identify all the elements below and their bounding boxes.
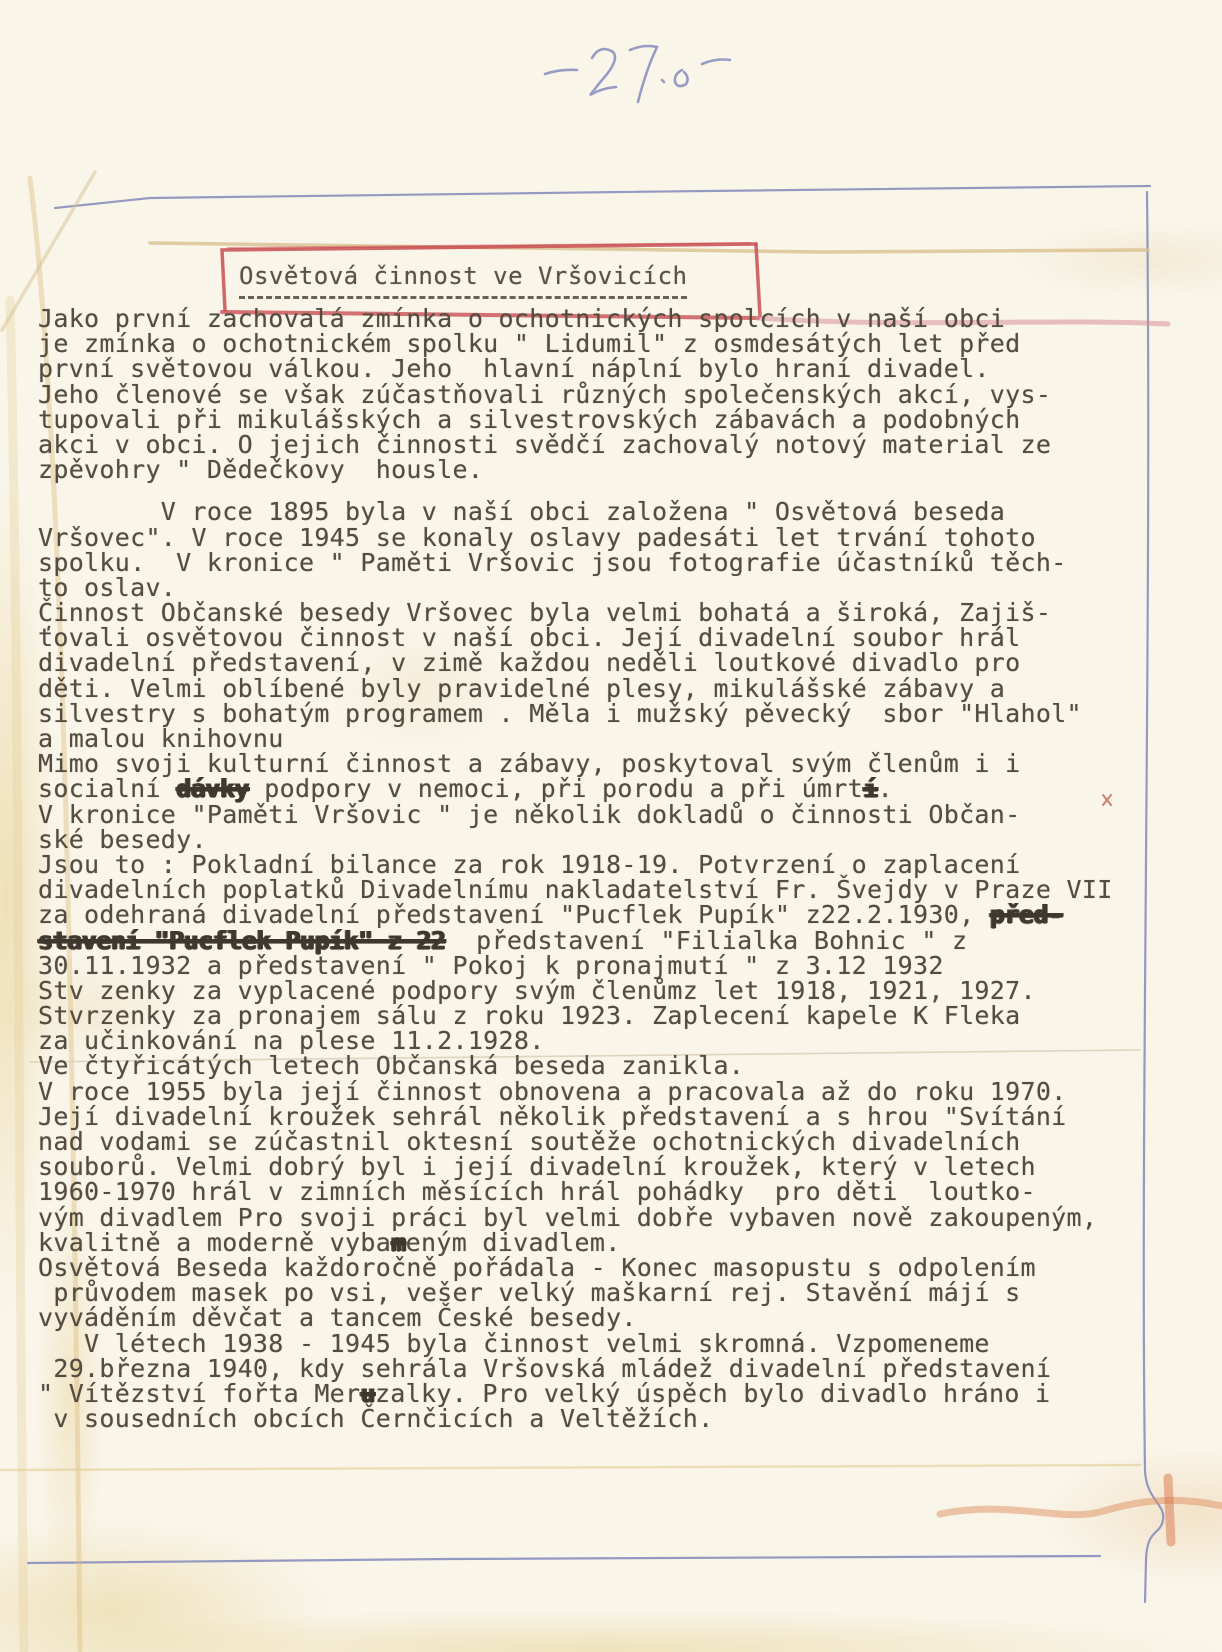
text-line: akci v obci. O jejich činnosti svědčí za…: [38, 432, 1158, 457]
text-line: V roce 1955 byla její činnost obnovena a…: [38, 1079, 1158, 1104]
text-line: divadelních poplatků Divadelnímu naklada…: [38, 877, 1158, 902]
text-line: Stv zenky za vyplacené podpory svým člen…: [38, 978, 1158, 1003]
text-line: 29.března 1940, kdy sehrála Vršovská mlá…: [38, 1356, 1158, 1381]
text-line: vyváděním děvčat a tancem České besedy.: [38, 1305, 1158, 1330]
text-line: silvestry s bohatým programem . Měla i m…: [38, 701, 1158, 726]
text-line: za odehraná divadelní představení "Pucfl…: [38, 902, 1158, 927]
text-line: Ve čtyřicátých letech Občanská beseda za…: [38, 1053, 1158, 1078]
text-line: kvalitně a moderně vybameným divadlem.: [38, 1230, 1158, 1255]
text-line: děti. Velmi oblíbené byly pravidelné ple…: [38, 676, 1158, 701]
text-line: 30.11.1932 a představení " Pokoj k prona…: [38, 953, 1158, 978]
text-line: 1960-1970 hrál v zimních měsících hrál p…: [38, 1179, 1158, 1204]
text-line: průvodem masek po vsi, vešer velký maška…: [38, 1280, 1158, 1305]
text-line: stavení "Pucflek Pupík" z 22 představení…: [38, 928, 1158, 953]
text-line: Činnost Občanské besedy Vršovec byla vel…: [38, 600, 1158, 625]
text-line: ťovali osvětovou činnost v naší obci. Je…: [38, 625, 1158, 650]
text-line: " Vítězství fořta Meruzalky. Pro velký ú…: [38, 1381, 1158, 1406]
text-line: ské besedy.: [38, 827, 1158, 852]
text-line: to oslav.: [38, 575, 1158, 600]
text-segment: spolku. V kronice " Paměti Vršovic jsou …: [38, 548, 1067, 577]
text-line: tupovali při mikulášských a silvestrovsk…: [38, 407, 1158, 432]
text-segment: v sousedních obcích Černčicích a Veltěží…: [38, 1404, 713, 1433]
text-line: Mimo svoji kulturní činnost a zábavy, po…: [38, 751, 1158, 776]
text-line: souborů. Velmi dobrý byl i její divadeln…: [38, 1154, 1158, 1179]
overtyped-text: před-: [990, 900, 1063, 929]
text-line: Vršovec". V roce 1945 se konaly oslavy p…: [38, 525, 1158, 550]
page-title: Osvětová činnost ve Vršovicích: [239, 262, 687, 299]
document-body: Jako první zachovalá zmínka o ochotnický…: [38, 306, 1158, 1431]
text-line: V kronice "Paměti Vršovic " je několik d…: [38, 802, 1158, 827]
text-line: zpěvohry " Dědečkovy housle.: [38, 457, 1158, 482]
handwritten-page-number: [545, 46, 730, 102]
text-line: socialní dávky podpory v nemoci, při por…: [38, 776, 1158, 801]
text-segment: zpěvohry " Dědečkovy housle.: [38, 455, 483, 484]
text-line: V létech 1938 - 1945 byla činnost velmi …: [38, 1331, 1158, 1356]
text-line: Jako první zachovalá zmínka o ochotnický…: [38, 306, 1158, 331]
text-line: v sousedních obcích Černčicích a Veltěží…: [38, 1406, 1158, 1431]
text-line: Jeho členové se však zúčastňovali různýc…: [38, 382, 1158, 407]
text-line: spolku. V kronice " Paměti Vršovic jsou …: [38, 550, 1158, 575]
text-line: Stvrzenky za pronajem sálu z roku 1923. …: [38, 1003, 1158, 1028]
text-line: Jsou to : Pokladní bilance za rok 1918-1…: [38, 852, 1158, 877]
scanned-page: Osvětová činnost ve Vršovicích Jako prvn…: [0, 0, 1222, 1652]
text-line: vým divadlem Pro svoji práci byl velmi d…: [38, 1205, 1158, 1230]
text-line: Osvětová Beseda každoročně pořádala - Ko…: [38, 1255, 1158, 1280]
text-line: za učinkování na plese 11.2.1928.: [38, 1028, 1158, 1053]
text-line: Její divadelní kroužek sehrál několik př…: [38, 1104, 1158, 1129]
text-line: nad vodami se zúčastnil oktesní soutěže …: [38, 1129, 1158, 1154]
text-line: a malou knihovnu: [38, 726, 1158, 751]
text-line: divadelní představení, v zimě každou ned…: [38, 650, 1158, 675]
text-line: první světovou válkou. Jeho hlavní nápln…: [38, 356, 1158, 381]
text-line: V roce 1895 byla v naší obci založena " …: [38, 499, 1158, 524]
text-line: je zmínka o ochotnickém spolku " Lidumil…: [38, 331, 1158, 356]
